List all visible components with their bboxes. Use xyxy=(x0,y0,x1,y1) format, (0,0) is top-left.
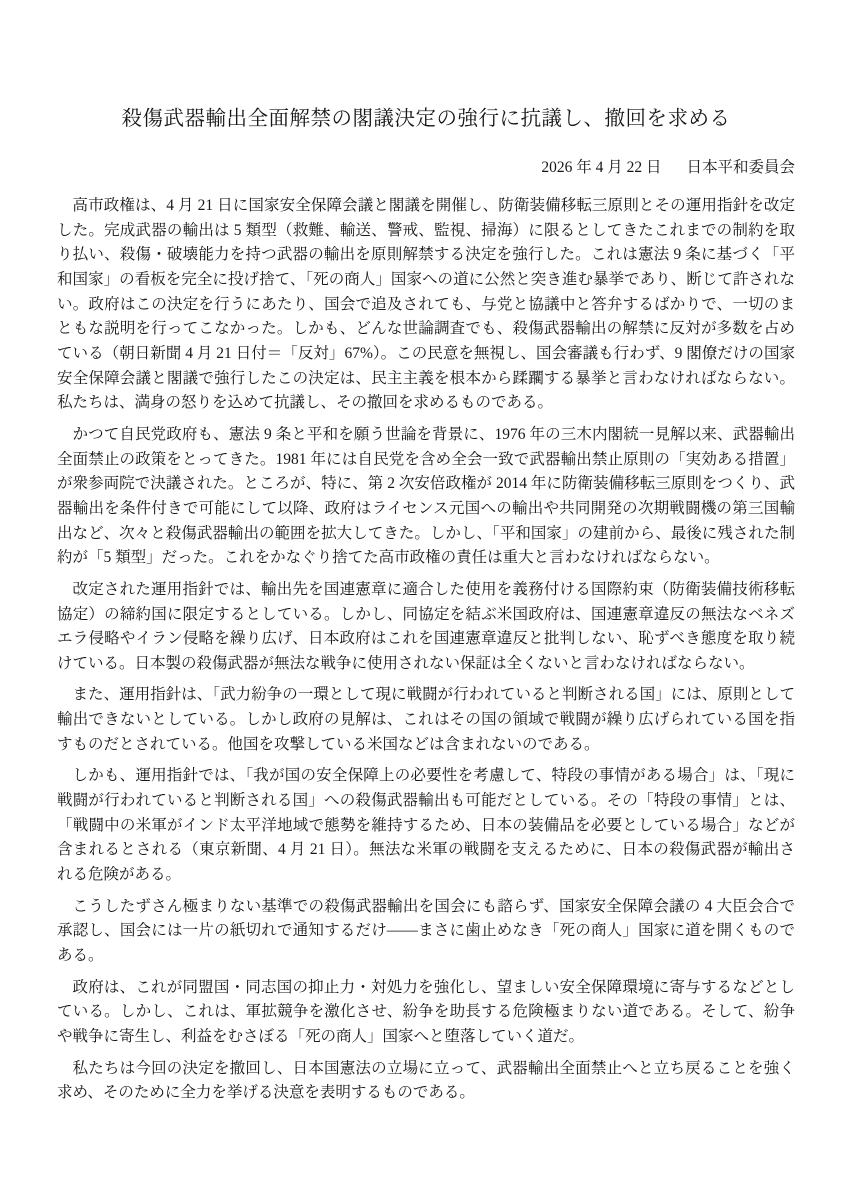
paragraph: しかも、運用指針では、「我が国の安全保障上の必要性を考慮して、特段の事情がある場… xyxy=(57,764,795,887)
document-date: 2026 年 4 月 22 日 xyxy=(541,159,661,176)
paragraph: 改定された運用指針では、輸出先を国連憲章に適合した使用を義務付ける国際約束（防衛… xyxy=(57,578,795,677)
document-content: 殺傷武器輸出全面解禁の閣議決定の強行に抗議し、撤回を求める 2026 年 4 月… xyxy=(57,0,795,1113)
paragraph: かつて自民党政府も、憲法 9 条と平和を願う世論を背景に、1976 年の三木内閣… xyxy=(57,423,795,571)
paragraph: 高市政権は、4 月 21 日に国家安全保障会議と閣議を開催し、防衛装備移転三原則… xyxy=(57,194,795,416)
paragraph: 私たちは今回の決定を撤回し、日本国憲法の立場に立って、武器輸出全面禁止へと立ち戻… xyxy=(57,1057,795,1106)
date-line: 2026 年 4 月 22 日日本平和委員会 xyxy=(57,156,795,180)
organization-name: 日本平和委員会 xyxy=(686,159,795,176)
paragraph: こうしたずさん極まりない基準での殺傷武器輸出を国会にも諮らず、国家安全保障会議の… xyxy=(57,895,795,969)
paragraph: 政府は、これが同盟国・同志国の抑止力・対処力を強化し、望ましい安全保障環境に寄与… xyxy=(57,976,795,1050)
document-body: 高市政権は、4 月 21 日に国家安全保障会議と閣議を開催し、防衛装備移転三原則… xyxy=(57,194,795,1106)
paragraph: また、運用指針は、「武力紛争の一環として現に戦闘が行われていると判断される国」に… xyxy=(57,683,795,757)
document-page: 殺傷武器輸出全面解禁の閣議決定の強行に抗議し、撤回を求める 2026 年 4 月… xyxy=(0,0,849,1200)
document-title: 殺傷武器輸出全面解禁の閣議決定の強行に抗議し、撤回を求める xyxy=(57,0,795,134)
